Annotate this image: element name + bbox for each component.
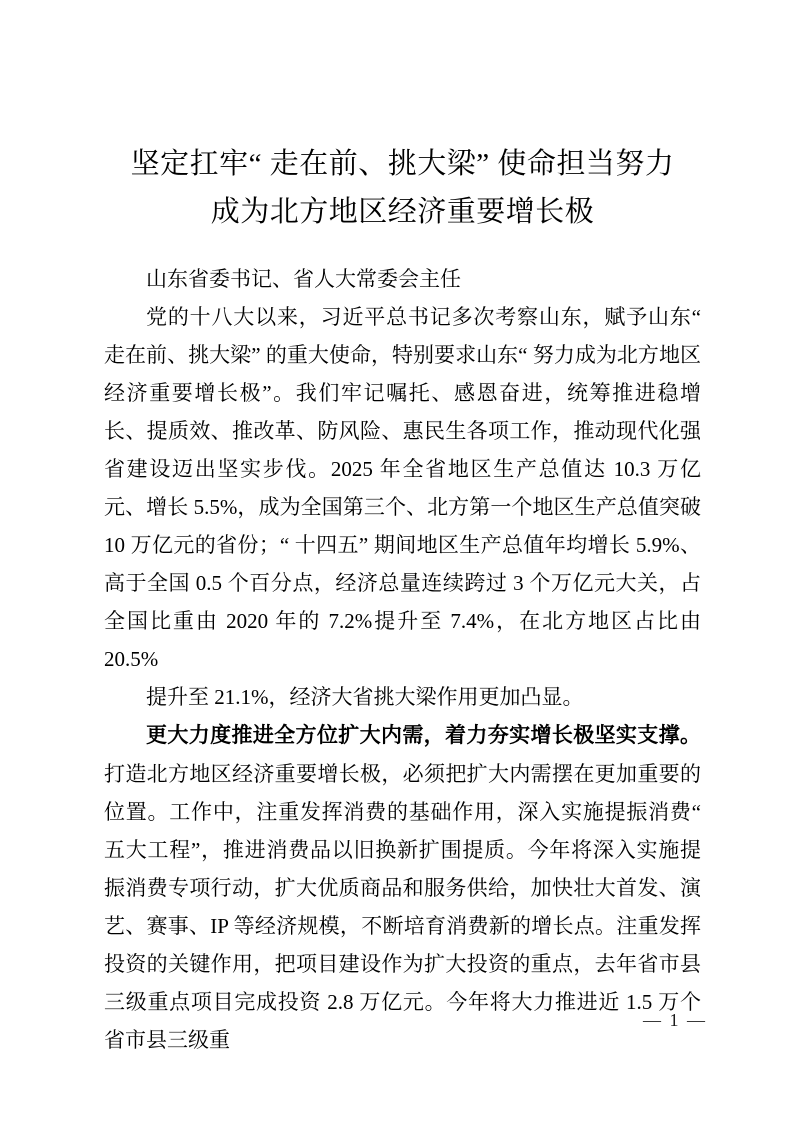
paragraph-3-body: 打造北方地区经济重要增长极，必须把扩大内需摆在更加重要的位置。工作中，注重发挥消… xyxy=(104,762,701,1052)
page-number: — 1 — xyxy=(643,1008,707,1032)
paragraph-3: 更大力度推进全方位扩大内需，着力夯实增长极坚实支撑。打造北方地区经济重要增长极，… xyxy=(104,716,701,1059)
title-line-1: 坚定扛牢“ 走在前、挑大梁” 使命担当努力 xyxy=(104,140,701,188)
paragraph-1: 党的十八大以来，习近平总书记多次考察山东，赋予山东“ 走在前、挑大梁” 的重大使… xyxy=(104,298,701,678)
paragraph-2: 提升至 21.1%，经济大省挑大梁作用更加凸显。 xyxy=(104,678,701,716)
title-line-2: 成为北方地区经济重要增长极 xyxy=(104,188,701,236)
paragraph-3-bold-lead: 更大力度推进全方位扩大内需，着力夯实增长极坚实支撑。 xyxy=(146,724,701,747)
document-page: 坚定扛牢“ 走在前、挑大梁” 使命担当努力 成为北方地区经济重要增长极 山东省委… xyxy=(0,0,793,1122)
document-title: 坚定扛牢“ 走在前、挑大梁” 使命担当努力 成为北方地区经济重要增长极 xyxy=(104,140,701,236)
byline: 山东省委书记、省人大常委会主任 xyxy=(104,260,701,298)
